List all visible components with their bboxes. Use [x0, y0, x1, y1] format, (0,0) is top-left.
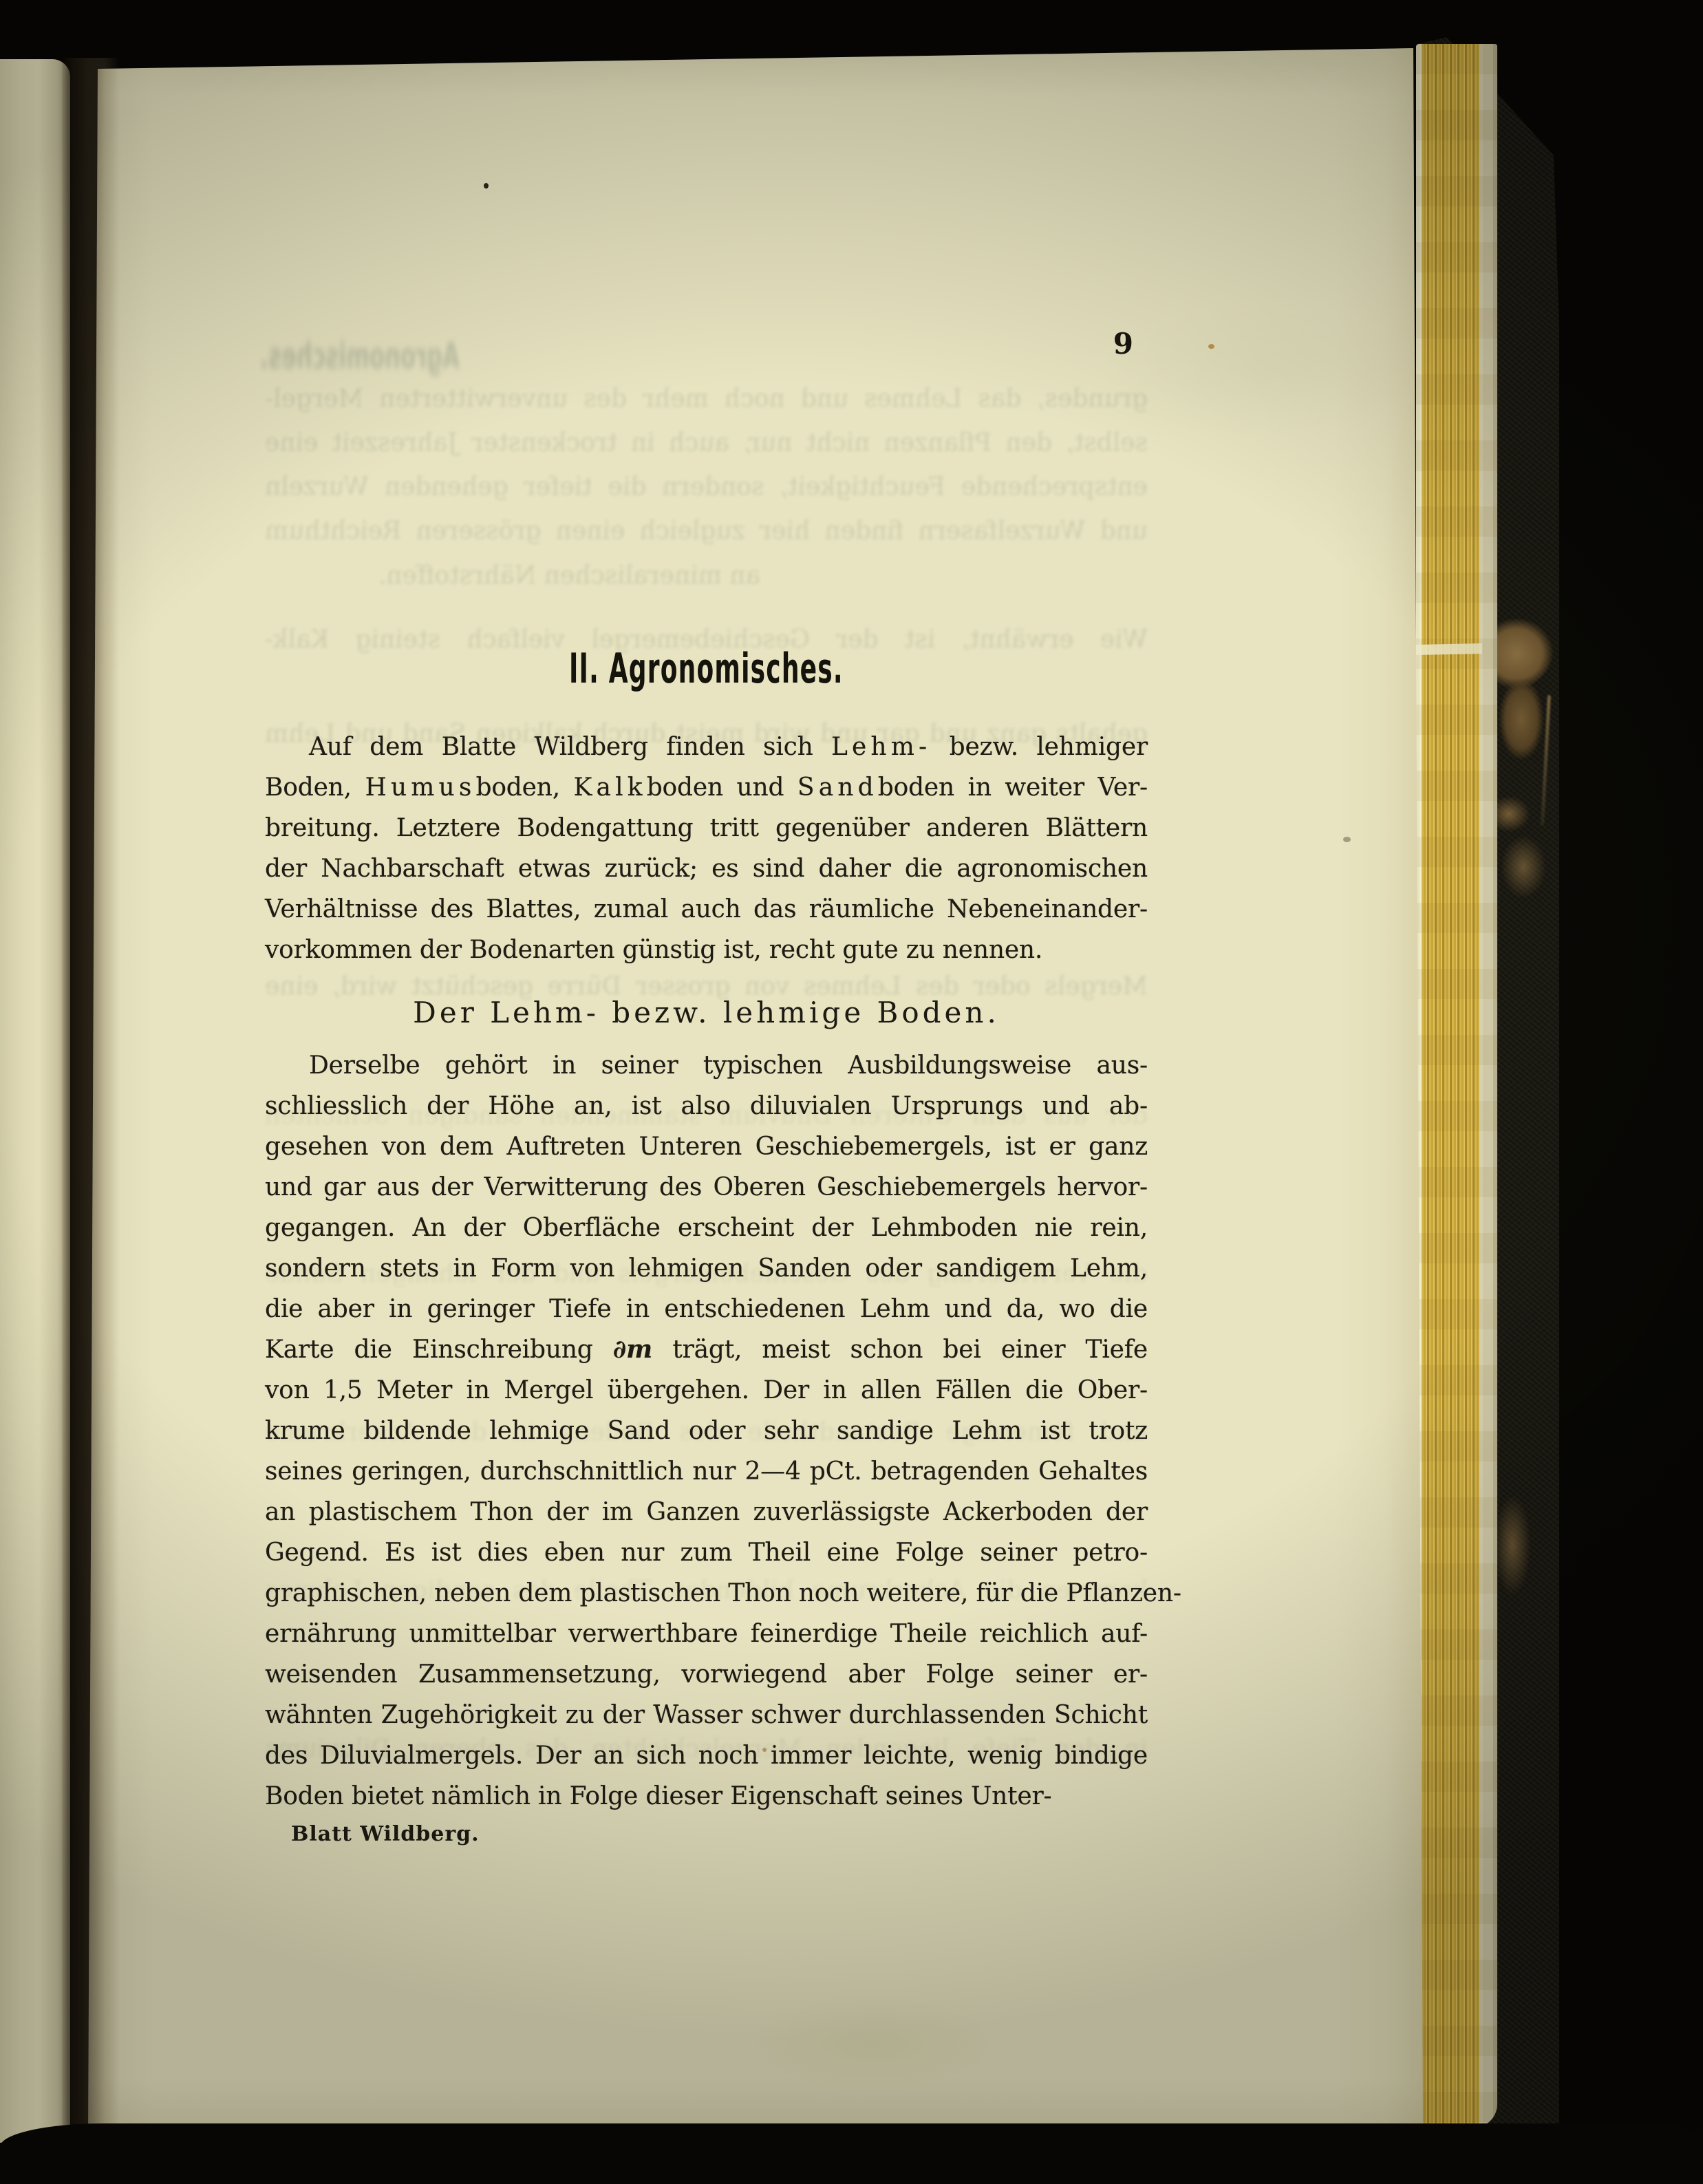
text-line: Derselbe gehört in seiner typischen Ausb… [265, 1045, 1148, 1086]
dust-speck [1208, 344, 1214, 349]
text-segment: sondern stets in Form von lehmigen Sande… [265, 1254, 1148, 1283]
text-segment: von 1,5 Meter in Mergel übergehen. Der i… [265, 1376, 1148, 1404]
text-line: ernährung unmittelbar verwerthbare feine… [265, 1614, 1148, 1654]
text-segment: Kalk [574, 773, 647, 802]
text-line: Karte die Einschreibung ∂m trägt, meist … [265, 1329, 1148, 1370]
text-segment: boden und [647, 773, 797, 802]
text-segment: wähnten Zugehörigkeit zu der Wasser schw… [265, 1701, 1148, 1729]
text-segment: Auf dem Blatte Wildberg finden sich [309, 733, 831, 761]
text-segment: Humus [365, 773, 475, 802]
bleedthrough-text-line: an mineralischen Nährstoffen. [265, 561, 760, 591]
signature-line: Blatt Wildberg. [291, 1822, 480, 1846]
text-line: Boden bietet nämlich in Folge dieser Eig… [265, 1776, 1148, 1817]
text-line: sondern stets in Form von lehmigen Sande… [265, 1248, 1148, 1289]
gutter-shadow [62, 58, 120, 2143]
text-segment: breitung. Letztere Bodengattung tritt ge… [265, 814, 1148, 842]
text-line: schliesslich der Höhe an, ist also diluv… [265, 1086, 1148, 1126]
text-segment: Verhältnisse des Blattes, zumal auch das… [265, 895, 1148, 923]
text-line: krume bildende lehmige Sand oder sehr sa… [265, 1411, 1148, 1451]
text-line: gesehen von dem Auftreten Unteren Geschi… [265, 1126, 1148, 1167]
text-segment: Gegend. Es ist dies eben nur zum Theil e… [265, 1539, 1148, 1567]
book-page: Agronomisches. grundes, das Lehmes und n… [88, 48, 1423, 2140]
page-number: 9 [265, 327, 1148, 361]
dust-speck [1343, 837, 1351, 842]
bottom-page-edge-shadow [0, 2123, 1703, 2184]
subsection-heading: Der Lehm- bezw. lehmige Boden. [265, 996, 1148, 1029]
text-segment: Boden, [265, 773, 365, 802]
text-segment: Karte die Einschreibung [265, 1336, 613, 1364]
text-segment: bezw. lehmiger [931, 733, 1148, 761]
text-segment: gegangen. An der Oberfläche erscheint de… [265, 1214, 1148, 1242]
page-edge-stack [1416, 44, 1497, 2128]
text-line: des Diluvialmergels. Der an sich noch im… [265, 1735, 1148, 1776]
bleedthrough-text-line: selbst, den Pflanzen nicht nur, auch in … [265, 428, 1148, 458]
text-line: vorkommen der Bodenarten günstig ist, re… [265, 930, 1148, 970]
text-line: seines geringen, durchschnittlich nur 2—… [265, 1451, 1148, 1492]
text-segment: boden in weiter Ver- [878, 773, 1148, 802]
text-line: weisenden Zusammensetzung, vorwiegend ab… [265, 1654, 1148, 1695]
cover-damage-mark [1499, 678, 1544, 760]
text-line: die aber in geringer Tiefe in entschiede… [265, 1289, 1148, 1329]
section-heading: II. Agronomisches. [265, 645, 1148, 693]
bleedthrough-text-line: entsprechende Feuchtigkeit, sondern die … [265, 472, 1148, 502]
paragraph-lehm-boden: Derselbe gehört in seiner typischen Ausb… [265, 1045, 1148, 1817]
text-segment: trägt, meist schon bei einer Tiefe [652, 1336, 1148, 1364]
text-segment: des Diluvialmergels. Der an sich noch im… [265, 1742, 1148, 1770]
text-line: graphischen, neben dem plastischen Thon … [265, 1573, 1148, 1614]
text-line: und gar aus der Verwitterung des Oberen … [265, 1167, 1148, 1208]
page-edge-notch [1416, 643, 1482, 655]
map-symbol-dm: ∂m [613, 1335, 652, 1364]
bleedthrough-text-line: und Wurzelfasern finden hier zugleich ei… [265, 516, 1148, 546]
text-segment: die aber in geringer Tiefe in entschiede… [265, 1295, 1148, 1323]
text-line: Auf dem Blatte Wildberg finden sich Lehm… [265, 727, 1148, 767]
section-heading-text: II. Agronomisches. [569, 645, 844, 693]
text-segment: gesehen von dem Auftreten Unteren Geschi… [265, 1133, 1148, 1161]
text-line: breitung. Letztere Bodengattung tritt ge… [265, 808, 1148, 848]
text-line: der Nachbarschaft etwas zurück; es sind … [265, 848, 1148, 889]
text-segment: krume bildende lehmige Sand oder sehr sa… [265, 1417, 1148, 1445]
text-line: gegangen. An der Oberfläche erscheint de… [265, 1208, 1148, 1248]
text-segment: seines geringen, durchschnittlich nur 2—… [265, 1457, 1148, 1486]
text-segment: graphischen, neben dem plastischen Thon … [265, 1579, 1181, 1607]
text-line: an plastischem Thon der im Ganzen zuverl… [265, 1492, 1148, 1532]
paragraph-intro: Auf dem Blatte Wildberg finden sich Lehm… [265, 727, 1148, 970]
text-segment: schliesslich der Höhe an, ist also diluv… [265, 1092, 1148, 1120]
text-segment: der Nachbarschaft etwas zurück; es sind … [265, 855, 1148, 883]
text-line: Boden, Humusboden, Kalkboden und Sandbod… [265, 767, 1148, 808]
text-segment: an plastischem Thon der im Ganzen zuverl… [265, 1498, 1148, 1526]
text-segment: vorkommen der Bodenarten günstig ist, re… [265, 936, 1042, 964]
text-line: wähnten Zugehörigkeit zu der Wasser schw… [265, 1695, 1148, 1735]
text-line: Verhältnisse des Blattes, zumal auch das… [265, 889, 1148, 930]
previous-page-edge [0, 59, 70, 2143]
text-segment: weisenden Zusammensetzung, vorwiegend ab… [265, 1660, 1148, 1689]
text-segment: Sand [797, 773, 878, 802]
dust-speck [762, 1748, 767, 1752]
text-segment: Derselbe gehört in seiner typischen Ausb… [309, 1051, 1148, 1080]
text-line: Gegend. Es ist dies eben nur zum Theil e… [265, 1532, 1148, 1573]
text-line: von 1,5 Meter in Mergel übergehen. Der i… [265, 1370, 1148, 1411]
text-segment: Boden bietet nämlich in Folge dieser Eig… [265, 1782, 1052, 1810]
text-segment: Lehm- [831, 733, 931, 761]
dust-speck [484, 183, 489, 189]
book-scan-photo: Agronomisches. grundes, das Lehmes und n… [0, 0, 1703, 2184]
bleedthrough-text-line: grundes, das Lehmes und noch mehr des un… [265, 384, 1148, 414]
text-segment: ernährung unmittelbar verwerthbare feine… [265, 1620, 1148, 1648]
text-segment: und gar aus der Verwitterung des Oberen … [265, 1173, 1148, 1201]
text-segment: boden, [475, 773, 573, 802]
